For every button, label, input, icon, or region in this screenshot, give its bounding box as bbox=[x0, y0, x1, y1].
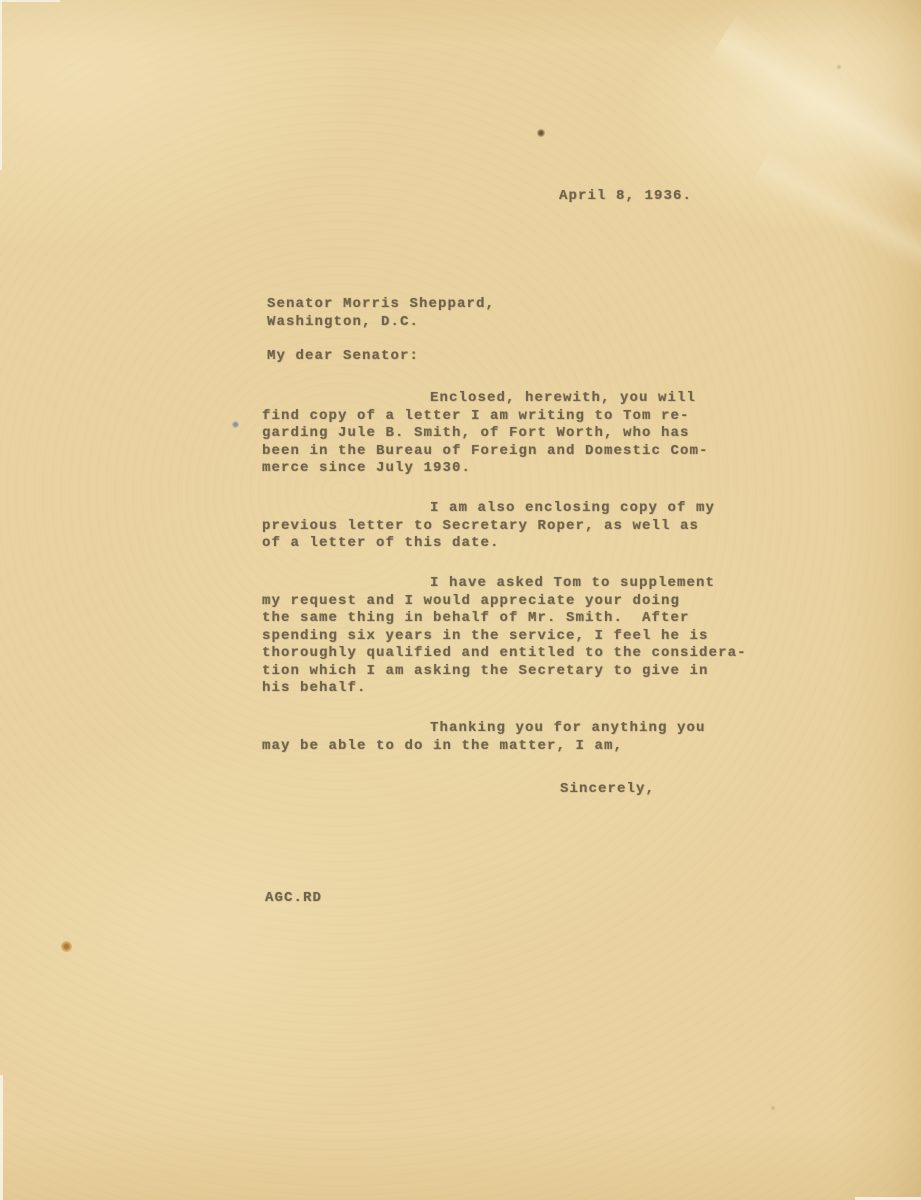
ink-speck bbox=[537, 129, 545, 137]
body-paragraph-3: I have asked Tom to supplement my reques… bbox=[262, 575, 792, 698]
scan-edge-left-bottom bbox=[0, 1075, 3, 1200]
blue-dot-mark bbox=[232, 421, 239, 428]
typist-initials: AGC.RD bbox=[265, 890, 322, 908]
rust-spot bbox=[61, 941, 72, 952]
paper-crease-streak bbox=[706, 13, 921, 286]
body-paragraph-2: I am also enclosing copy of my previous … bbox=[262, 500, 792, 553]
closing-salutation: Sincerely, bbox=[560, 781, 655, 799]
scan-edge-top-left bbox=[0, 0, 60, 2]
scan-edge-left-top bbox=[0, 0, 2, 170]
recipient-address: Senator Morris Sheppard, Washington, D.C… bbox=[267, 296, 495, 331]
letter-page: April 8, 1936. Senator Morris Sheppard, … bbox=[0, 0, 921, 1200]
body-paragraph-4: Thanking you for anything you may be abl… bbox=[262, 720, 792, 755]
body-paragraph-1: Enclosed, herewith, you will find copy o… bbox=[262, 390, 792, 478]
faint-speck-bottom bbox=[770, 1105, 776, 1111]
salutation: My dear Senator: bbox=[267, 348, 419, 366]
faint-speck-top-right bbox=[836, 64, 842, 70]
paper-crease-streak-2 bbox=[752, 148, 921, 352]
date-line: April 8, 1936. bbox=[559, 188, 692, 206]
